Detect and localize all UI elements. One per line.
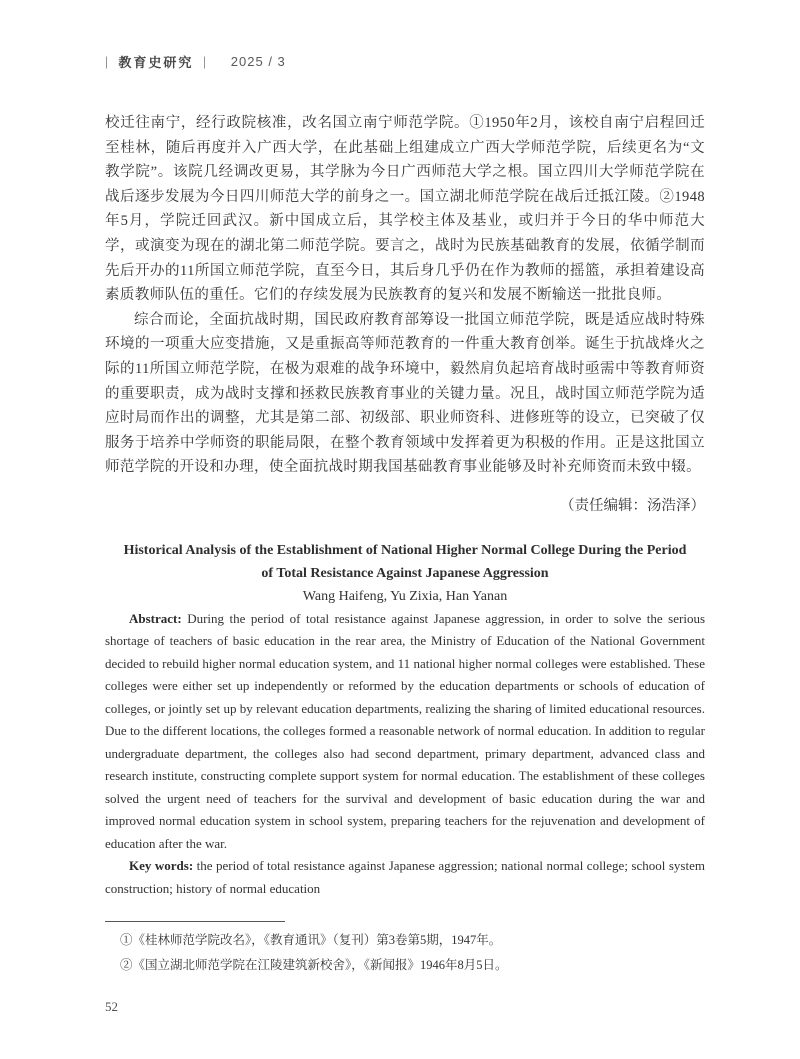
running-header: | 教育史研究 | 2025 / 3 xyxy=(105,0,705,71)
keywords-text: the period of total resistance against J… xyxy=(105,858,705,896)
header-divider-bar: | xyxy=(106,54,108,69)
abstract-label: Abstract: xyxy=(129,611,182,626)
journal-page: | 教育史研究 | 2025 / 3 校迁往南宁，经行政院核准，改名国立南宁师范… xyxy=(0,0,800,1059)
body-paragraph-continuation: 校迁往南宁，经行政院核准，改名国立南宁师范学院。①1950年2月，该校自南宁启程… xyxy=(105,111,705,308)
responsible-editor-note: （责任编辑：汤浩泽） xyxy=(105,494,705,519)
keywords-label: Key words: xyxy=(129,858,193,873)
authors-line: Wang Haifeng, Yu Zixia, Han Yanan xyxy=(105,585,705,608)
english-title-line-1: Historical Analysis of the Establishment… xyxy=(124,539,687,562)
header-divider-bar: | xyxy=(204,54,206,69)
keywords-paragraph: Key words: the period of total resistanc… xyxy=(105,855,705,900)
body-paragraph-conclusion: 综合而论，全面抗战时期，国民政府教育部筹设一批国立师范学院，既是适应战时特殊环境… xyxy=(105,308,705,480)
abstract-text: During the period of total resistance ag… xyxy=(105,611,705,851)
footnote-2: ②《国立湖北师范学院在江陵建筑新校舍》，《新闻报》1946年8月5日。 xyxy=(105,953,705,978)
footnote-block: ①《桂林师范学院改名》，《教育通讯》（复刊）第3卷第5期，1947年。 ②《国立… xyxy=(105,921,705,977)
english-title: Historical Analysis of the Establishment… xyxy=(105,539,705,585)
issue-label: 2025 / 3 xyxy=(231,54,286,69)
page-number: 52 xyxy=(105,999,118,1015)
footnote-1: ①《桂林师范学院改名》，《教育通讯》（复刊）第3卷第5期，1947年。 xyxy=(105,928,705,953)
text-column: | 教育史研究 | 2025 / 3 校迁往南宁，经行政院核准，改名国立南宁师范… xyxy=(105,0,705,900)
english-title-line-2: of Total Resistance Against Japanese Agg… xyxy=(261,562,548,585)
abstract-paragraph: Abstract: During the period of total res… xyxy=(105,608,705,856)
journal-title: 教育史研究 xyxy=(118,52,193,71)
